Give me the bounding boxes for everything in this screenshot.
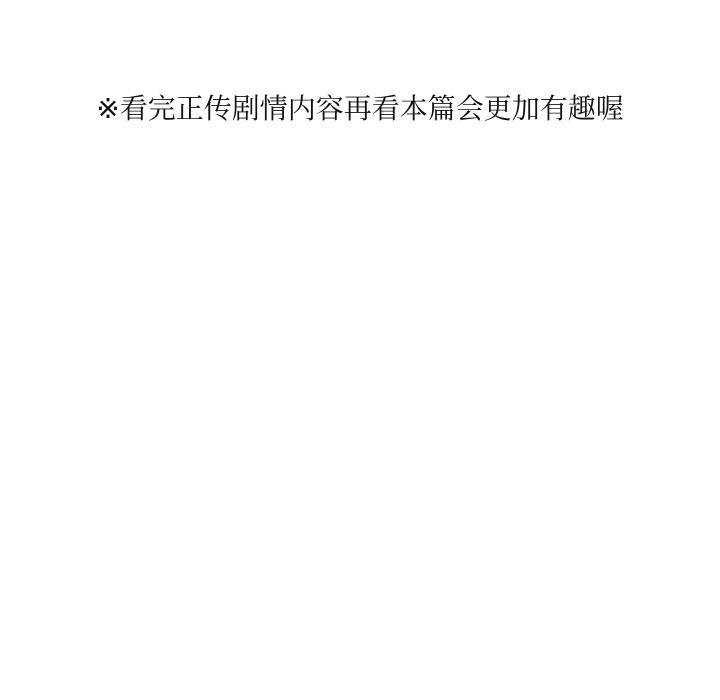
reading-notice-text: ※看完正传剧情内容再看本篇会更加有趣喔 xyxy=(0,91,720,127)
